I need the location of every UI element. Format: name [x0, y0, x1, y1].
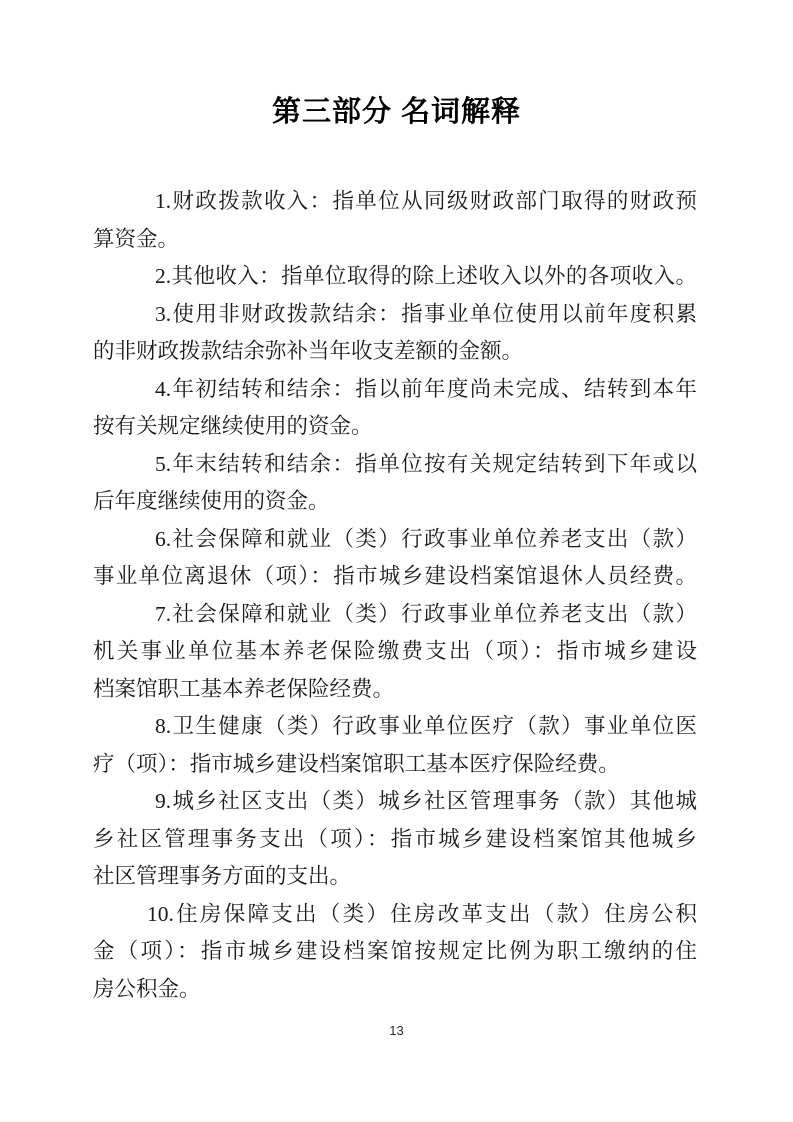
text-line: 3.使用非财政拨款结余：指事业单位使用以前年度积累: [93, 296, 697, 334]
document-body: 1.财政拨款收入：指单位从同级财政部门取得的财政预 算资金。 2.其他收入：指单…: [0, 183, 793, 1008]
text-line: 金（项）：指市城乡建设档案馆按规定比例为职工缴纳的住: [93, 933, 697, 971]
page-number: 13: [0, 1023, 793, 1038]
text-line: 9.城乡社区支出（类）城乡社区管理事务（款）其他城: [93, 783, 697, 821]
text-line: 10.住房保障支出（类）住房改革支出（款）住房公积: [93, 896, 697, 934]
text-line: 后年度继续使用的资金。: [93, 483, 697, 521]
text-line: 房公积金。: [93, 971, 697, 1009]
text-line: 4.年初结转和结余：指以前年度尚未完成、结转到本年: [93, 371, 697, 409]
text-line: 事业单位离退休（项）：指市城乡建设档案馆退休人员经费。: [93, 558, 697, 596]
text-line: 机关事业单位基本养老保险缴费支出（项）：指市城乡建设: [93, 633, 697, 671]
text-line: 乡社区管理事务支出（项）：指市城乡建设档案馆其他城乡: [93, 821, 697, 859]
text-line: 的非财政拨款结余弥补当年收支差额的金额。: [93, 333, 697, 371]
text-line: 2.其他收入：指单位取得的除上述收入以外的各项收入。: [93, 258, 697, 296]
text-line: 6.社会保障和就业（类）行政事业单位养老支出（款）: [93, 521, 697, 559]
text-line: 5.年末结转和结余：指单位按有关规定结转到下年或以: [93, 446, 697, 484]
page-title: 第三部分 名词解释: [0, 0, 793, 133]
document-page: 第三部分 名词解释 1.财政拨款收入：指单位从同级财政部门取得的财政预 算资金。…: [0, 0, 793, 1122]
text-line: 8.卫生健康（类）行政事业单位医疗（款）事业单位医: [93, 708, 697, 746]
text-line: 7.社会保障和就业（类）行政事业单位养老支出（款）: [93, 596, 697, 634]
text-line: 按有关规定继续使用的资金。: [93, 408, 697, 446]
text-line: 档案馆职工基本养老保险经费。: [93, 671, 697, 709]
text-line: 算资金。: [93, 221, 697, 259]
text-line: 1.财政拨款收入：指单位从同级财政部门取得的财政预: [93, 183, 697, 221]
text-line: 疗（项）：指市城乡建设档案馆职工基本医疗保险经费。: [93, 746, 697, 784]
text-line: 社区管理事务方面的支出。: [93, 858, 697, 896]
